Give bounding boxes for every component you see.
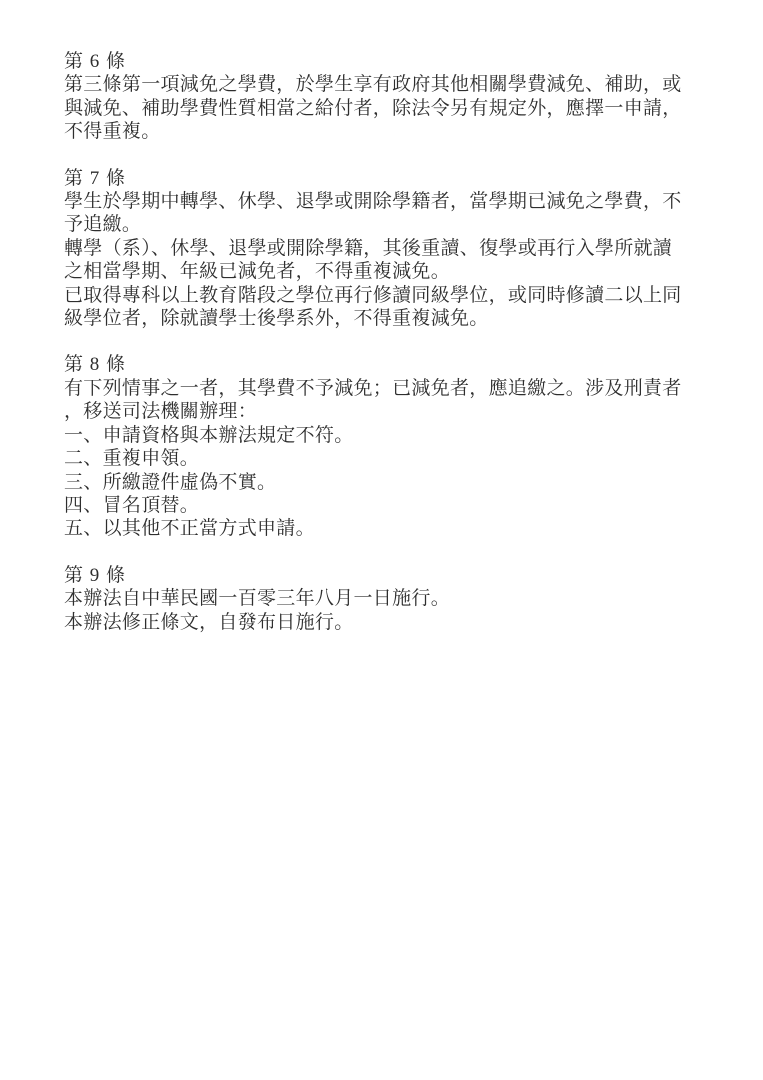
article-6: 第 6 條 第三條第一項減免之學費，於學生享有政府其他相關學費減免、補助，或 與… (64, 50, 705, 144)
article-8-title: 第 8 條 (64, 353, 705, 376)
article-7-line: 已取得專科以上教育階段之學位再行修讀同級學位，或同時修讀二以上同 (64, 284, 705, 307)
article-9-title: 第 9 條 (64, 564, 705, 587)
article-8-line: ，移送司法機關辦理： (64, 400, 705, 423)
article-9-line: 本辦法修正條文，自發布日施行。 (64, 611, 705, 634)
article-7-line: 予追繳。 (64, 213, 705, 236)
article-6-title: 第 6 條 (64, 50, 705, 73)
article-8-list-item: 三、所繳證件虛偽不實。 (64, 471, 705, 494)
article-8-list-item: 四、冒名頂替。 (64, 494, 705, 517)
article-6-line: 與減免、補助學費性質相當之給付者，除法令另有規定外，應擇一申請， (64, 97, 705, 120)
article-7: 第 7 條 學生於學期中轉學、休學、退學或開除學籍者，當學期已減免之學費，不 予… (64, 167, 705, 331)
article-7-line: 之相當學期、年級已減免者，不得重複減免。 (64, 260, 705, 283)
article-8: 第 8 條 有下列情事之一者，其學費不予減免；已減免者，應追繳之。涉及刑責者 ，… (64, 353, 705, 540)
document-page: 第 6 條 第三條第一項減免之學費，於學生享有政府其他相關學費減免、補助，或 與… (0, 0, 763, 1080)
article-6-line: 第三條第一項減免之學費，於學生享有政府其他相關學費減免、補助，或 (64, 73, 705, 96)
article-7-line: 級學位者，除就讀學士後學系外，不得重複減免。 (64, 307, 705, 330)
article-8-list-item: 五、以其他不正當方式申請。 (64, 517, 705, 540)
article-8-line: 有下列情事之一者，其學費不予減免；已減免者，應追繳之。涉及刑責者 (64, 377, 705, 400)
article-7-line: 學生於學期中轉學、休學、退學或開除學籍者，當學期已減免之學費，不 (64, 190, 705, 213)
article-8-list-item: 一、申請資格與本辦法規定不符。 (64, 424, 705, 447)
article-9: 第 9 條 本辦法自中華民國一百零三年八月一日施行。 本辦法修正條文，自發布日施… (64, 564, 705, 634)
article-9-line: 本辦法自中華民國一百零三年八月一日施行。 (64, 587, 705, 610)
article-7-title: 第 7 條 (64, 167, 705, 190)
article-7-line: 轉學（系）、休學、退學或開除學籍，其後重讀、復學或再行入學所就讀 (64, 237, 705, 260)
article-6-line: 不得重複。 (64, 120, 705, 143)
article-8-list-item: 二、重複申領。 (64, 447, 705, 470)
